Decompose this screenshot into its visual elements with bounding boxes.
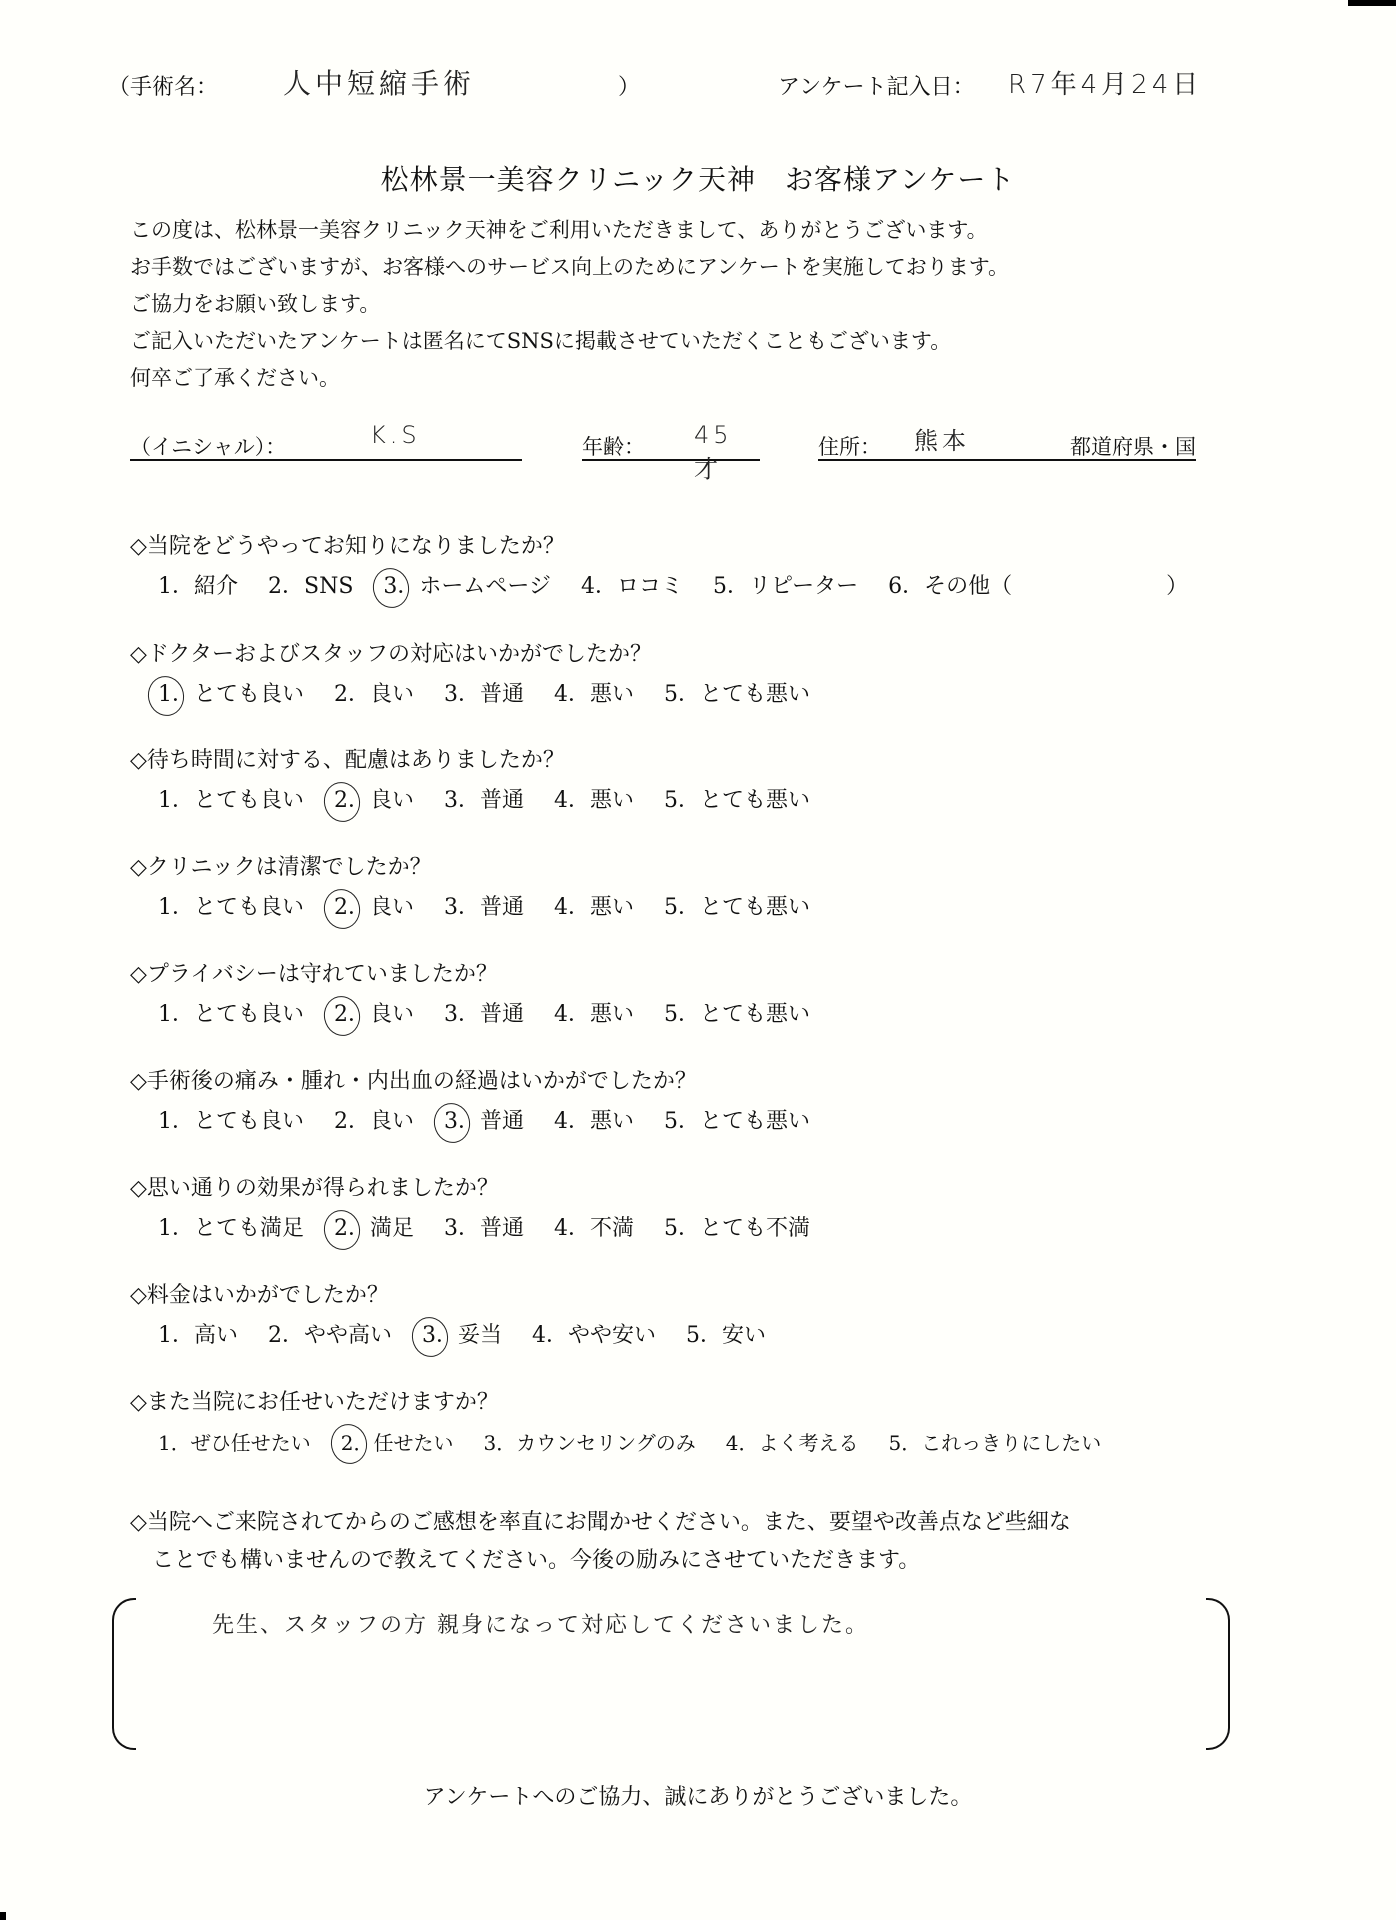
option-4[interactable]: 4．ロコミ — [581, 566, 683, 608]
age-label: 年齢： — [582, 431, 645, 461]
options-group: 1．とても良い 2．良い 3．普通 4．悪い 5．とても悪い — [130, 780, 840, 822]
option-1[interactable]: 1．とても良い — [158, 1101, 304, 1143]
comment-answer[interactable]: 先生、スタッフの方 親身になって対応してくださいました。 — [212, 1608, 869, 1639]
options-group: 1．高い 2．やや高い 3．妥当 4．やや安い 5．安い — [130, 1315, 796, 1357]
option-4[interactable]: 4．よく考える — [726, 1422, 859, 1464]
surgery-label: （手術名： — [108, 70, 218, 101]
question-text: ◇思い通りの効果が得られましたか？ — [130, 1170, 840, 1208]
option-2[interactable]: 2．やや高い — [268, 1315, 392, 1357]
question-text: ◇プライバシーは守れていましたか？ — [130, 956, 840, 994]
option-4[interactable]: 4．悪い — [554, 1101, 634, 1143]
option-1[interactable]: 1．ぜひ任せたい — [158, 1422, 311, 1464]
scan-edge-mark — [0, 1912, 6, 1920]
question-staff-response: ◇ドクターおよびスタッフの対応はいかがでしたか？ 1．とても良い 2．良い 3．… — [130, 636, 840, 716]
question-text: ◇クリニックは清潔でしたか？ — [130, 849, 840, 887]
options-group: 1．ぜひ任せたい 2．任せたい 3．カウンセリングのみ 4．よく考える 5．これ… — [130, 1422, 1131, 1464]
option-2-selected[interactable]: 2．良い — [334, 994, 414, 1036]
option-3[interactable]: 3．カウンセリングのみ — [483, 1422, 695, 1464]
question-how-found: ◇当院をどうやってお知りになりましたか？ 1．紹介 2．SNS 3．ホームページ… — [130, 528, 1218, 608]
option-4[interactable]: 4．不満 — [554, 1208, 634, 1250]
option-3-selected[interactable]: 3．ホームページ — [383, 566, 551, 608]
option-1[interactable]: 1．とても良い — [158, 780, 304, 822]
initial-field[interactable]: （イニシャル）： K.S — [130, 425, 522, 461]
option-5[interactable]: 5．安い — [686, 1315, 766, 1357]
options-group: 1．とても良い 2．良い 3．普通 4．悪い 5．とても悪い — [130, 674, 840, 716]
survey-date-field[interactable]: R7年4月24日 — [1008, 64, 1202, 101]
scan-edge-mark — [1348, 0, 1396, 6]
question-text: ◇また当院にお任せいただけますか？ — [130, 1384, 1131, 1422]
option-3-selected[interactable]: 3．普通 — [444, 1101, 524, 1143]
header-row: （手術名： 人中短縮手術 ） アンケート記入日： R7年4月24日 — [108, 62, 1308, 102]
age-field[interactable]: 年齢： 45才 — [582, 425, 760, 461]
option-2-selected[interactable]: 2．良い — [334, 780, 414, 822]
address-value[interactable]: 熊本 — [914, 421, 970, 456]
option-5[interactable]: 5．リピーター — [713, 566, 858, 608]
option-1[interactable]: 1．とても良い — [158, 887, 304, 929]
option-5[interactable]: 5．とても悪い — [664, 1101, 810, 1143]
age-value[interactable]: 45才 — [694, 421, 760, 484]
option-4[interactable]: 4．悪い — [554, 887, 634, 929]
options-group: 1．とても良い 2．良い 3．普通 4．悪い 5．とても悪い — [130, 887, 840, 929]
option-3[interactable]: 3．普通 — [444, 994, 524, 1036]
initial-label: （イニシャル）： — [130, 431, 286, 461]
question-price: ◇料金はいかがでしたか？ 1．高い 2．やや高い 3．妥当 4．やや安い 5．安… — [130, 1277, 796, 1357]
intro-line: ご記入いただいたアンケートは匿名にてSNSに掲載させていただくこともございます。 — [130, 323, 1009, 360]
comment-prompt-line: ことでも構いませんので教えてください。今後の励みにさせていただきます。 — [130, 1542, 1071, 1580]
left-bracket — [112, 1598, 136, 1750]
option-3[interactable]: 3．普通 — [444, 887, 524, 929]
initial-value[interactable]: K.S — [370, 421, 421, 449]
address-label: 住所： — [818, 431, 881, 461]
option-5[interactable]: 5．とても不満 — [664, 1208, 810, 1250]
options-group: 1．とても満足 2．満足 3．普通 4．不満 5．とても不満 — [130, 1208, 840, 1250]
profile-row: （イニシャル）： K.S 年齢： 45才 住所： 熊本 都道府県・国 — [130, 425, 1200, 465]
options-group: 1．紹介 2．SNS 3．ホームページ 4．ロコミ 5．リピーター 6．その他（… — [130, 566, 1218, 608]
thanks-message: アンケートへのご協力、誠にありがとうございました。 — [0, 1780, 1396, 1811]
option-5[interactable]: 5．とても悪い — [664, 780, 810, 822]
option-1[interactable]: 1．紹介 — [158, 566, 238, 608]
option-1[interactable]: 1．とても良い — [158, 994, 304, 1036]
option-1-selected[interactable]: 1．とても良い — [158, 674, 304, 716]
option-4[interactable]: 4．やや安い — [532, 1315, 656, 1357]
question-wait-time: ◇待ち時間に対する、配慮はありましたか？ 1．とても良い 2．良い 3．普通 4… — [130, 742, 840, 822]
right-bracket — [1206, 1598, 1230, 1750]
intro-line: ご協力をお願い致します。 — [130, 286, 1009, 323]
address-suffix: 都道府県・国 — [1070, 431, 1196, 461]
option-1[interactable]: 1．高い — [158, 1315, 238, 1357]
surgery-name-field[interactable]: 人中短縮手術 — [283, 62, 475, 102]
question-cleanliness: ◇クリニックは清潔でしたか？ 1．とても良い 2．良い 3．普通 4．悪い 5．… — [130, 849, 840, 929]
option-2[interactable]: 2．SNS — [268, 566, 353, 608]
option-3[interactable]: 3．普通 — [444, 780, 524, 822]
intro-text: この度は、松林景一美容クリニック天神をご利用いただきまして、ありがとうございます… — [130, 212, 1009, 397]
intro-line: 何卒ご了承ください。 — [130, 360, 1009, 397]
question-return: ◇また当院にお任せいただけますか？ 1．ぜひ任せたい 2．任せたい 3．カウンセ… — [130, 1384, 1131, 1464]
comment-box[interactable]: 先生、スタッフの方 親身になって対応してくださいました。 — [112, 1598, 1230, 1746]
option-1[interactable]: 1．とても満足 — [158, 1208, 304, 1250]
option-2[interactable]: 2．良い — [334, 1101, 414, 1143]
question-text: ◇手術後の痛み・腫れ・内出血の経過はいかがでしたか？ — [130, 1063, 840, 1101]
option-3-selected[interactable]: 3．妥当 — [422, 1315, 502, 1357]
intro-line: この度は、松林景一美容クリニック天神をご利用いただきまして、ありがとうございます… — [130, 212, 1009, 249]
option-3[interactable]: 3．普通 — [444, 674, 524, 716]
question-text: ◇ドクターおよびスタッフの対応はいかがでしたか？ — [130, 636, 840, 674]
comment-prompt: ◇当院へご来院されてからのご感想を率直にお聞かせください。また、要望や改善点など… — [130, 1504, 1071, 1580]
option-2[interactable]: 2．良い — [334, 674, 414, 716]
intro-line: お手数ではございますが、お客様へのサービス向上のためにアンケートを実施しておりま… — [130, 249, 1009, 286]
option-2-selected[interactable]: 2．良い — [334, 887, 414, 929]
option-5[interactable]: 5．とても悪い — [664, 994, 810, 1036]
question-results: ◇思い通りの効果が得られましたか？ 1．とても満足 2．満足 3．普通 4．不満… — [130, 1170, 840, 1250]
option-4[interactable]: 4．悪い — [554, 994, 634, 1036]
surgery-close-paren: ） — [618, 70, 640, 101]
question-text: ◇当院をどうやってお知りになりましたか？ — [130, 528, 1218, 566]
options-group: 1．とても良い 2．良い 3．普通 4．悪い 5．とても悪い — [130, 1101, 840, 1143]
option-5[interactable]: 5．とても悪い — [664, 887, 810, 929]
question-text: ◇待ち時間に対する、配慮はありましたか？ — [130, 742, 840, 780]
option-2-selected[interactable]: 2．任せたい — [341, 1422, 454, 1464]
address-field[interactable]: 住所： 熊本 都道府県・国 — [818, 425, 1196, 461]
question-privacy: ◇プライバシーは守れていましたか？ 1．とても良い 2．良い 3．普通 4．悪い… — [130, 956, 840, 1036]
page-title: 松林景一美容クリニック天神 お客様アンケート — [0, 158, 1396, 198]
option-5[interactable]: 5．とても悪い — [664, 674, 810, 716]
question-recovery: ◇手術後の痛み・腫れ・内出血の経過はいかがでしたか？ 1．とても良い 2．良い … — [130, 1063, 840, 1143]
question-text: ◇料金はいかがでしたか？ — [130, 1277, 796, 1315]
option-4[interactable]: 4．悪い — [554, 780, 634, 822]
option-4[interactable]: 4．悪い — [554, 674, 634, 716]
comment-prompt-line: ◇当院へご来院されてからのご感想を率直にお聞かせください。また、要望や改善点など… — [130, 1504, 1071, 1542]
option-6[interactable]: 6．その他（ ） — [888, 566, 1188, 608]
option-3[interactable]: 3．普通 — [444, 1208, 524, 1250]
option-5[interactable]: 5．これっきりにしたい — [889, 1422, 1102, 1464]
options-group: 1．とても良い 2．良い 3．普通 4．悪い 5．とても悪い — [130, 994, 840, 1036]
survey-date-label: アンケート記入日： — [778, 70, 975, 101]
option-2-selected[interactable]: 2．満足 — [334, 1208, 414, 1250]
